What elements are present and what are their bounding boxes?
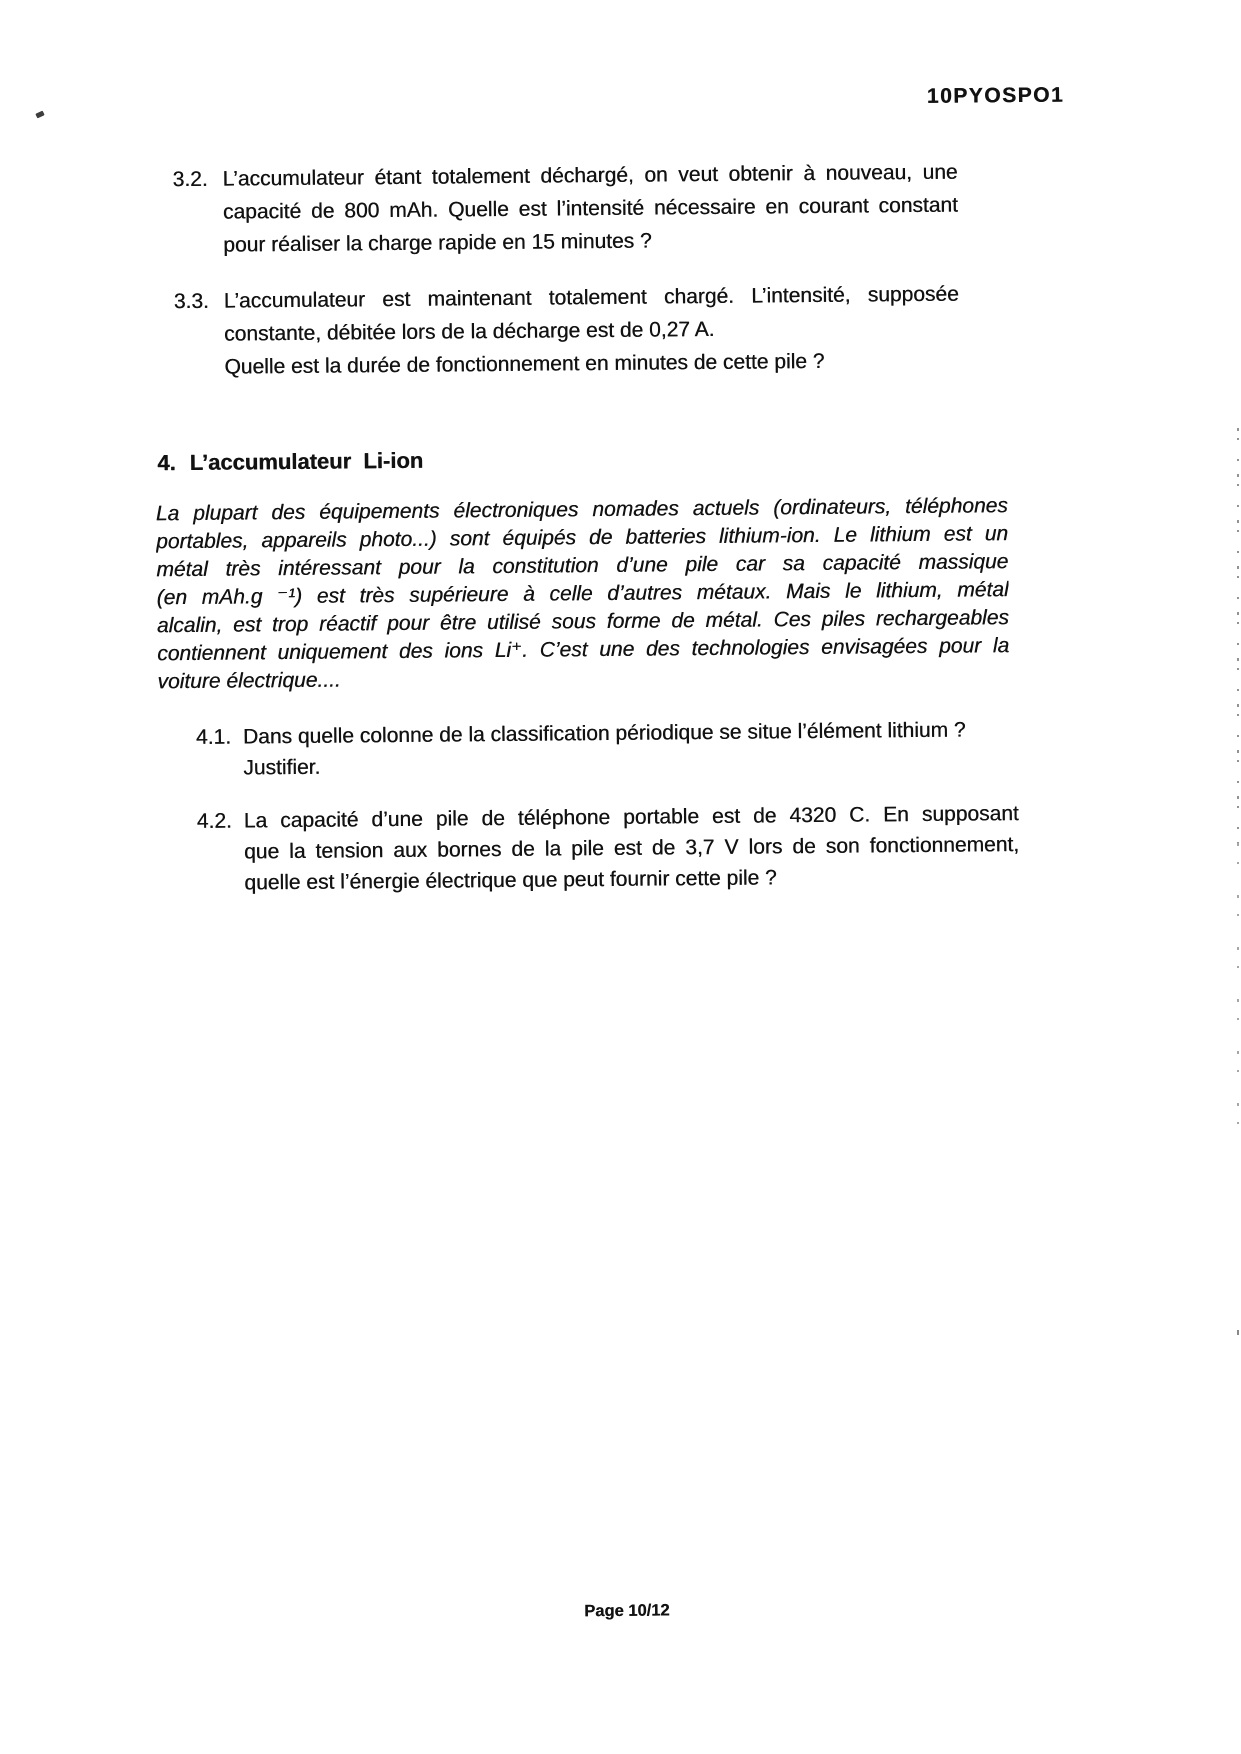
question-number: 4.1. <box>196 722 231 753</box>
text-line: pour réaliser la charge rapide en 15 min… <box>223 222 958 262</box>
text-line: capacité de 800 mAh. Quelle est l’intens… <box>223 189 958 229</box>
question-number: 3.3. <box>174 285 209 318</box>
section-4-heading: 4.L’accumulateur Li-ion <box>157 448 423 477</box>
exam-code: 10PYOSPO1 <box>927 84 1064 109</box>
question-text: L’accumulateur étant totalement déchargé… <box>222 156 958 262</box>
question-3-2: 3.2. L’accumulateur étant totalement déc… <box>172 156 958 263</box>
question-4-2: 4.2. La capacité d’une pile de téléphone… <box>197 798 1020 899</box>
question-number: 4.2. <box>197 806 232 837</box>
section-4-intro-paragraph: La plupart des équipements électroniques… <box>156 492 1010 696</box>
page-footer: Page 10/12 <box>6 1596 1241 1627</box>
question-text: La capacité d’une pile de téléphone port… <box>244 798 1020 898</box>
document-page: 10PYOSPO1 3.2. L’accumulateur étant tota… <box>0 0 1241 1754</box>
question-text: L’accumulateur est maintenant totalement… <box>224 278 960 384</box>
text-line: L’accumulateur est maintenant totalement… <box>224 278 959 318</box>
text-line: Quelle est la durée de fonctionnement en… <box>224 344 959 384</box>
page-content: 10PYOSPO1 3.2. L’accumulateur étant tota… <box>0 0 1241 1754</box>
question-text: Dans quelle colonne de la classification… <box>243 714 1019 783</box>
question-4-1: 4.1. Dans quelle colonne de la classific… <box>196 714 1019 784</box>
text-line: quelle est l’énergie électrique que peut… <box>244 860 1019 898</box>
section-number: 4. <box>157 450 176 475</box>
question-3-3: 3.3. L’accumulateur est maintenant total… <box>174 278 960 385</box>
section-title: L’accumulateur Li-ion <box>190 448 424 475</box>
question-number: 3.2. <box>172 163 207 196</box>
